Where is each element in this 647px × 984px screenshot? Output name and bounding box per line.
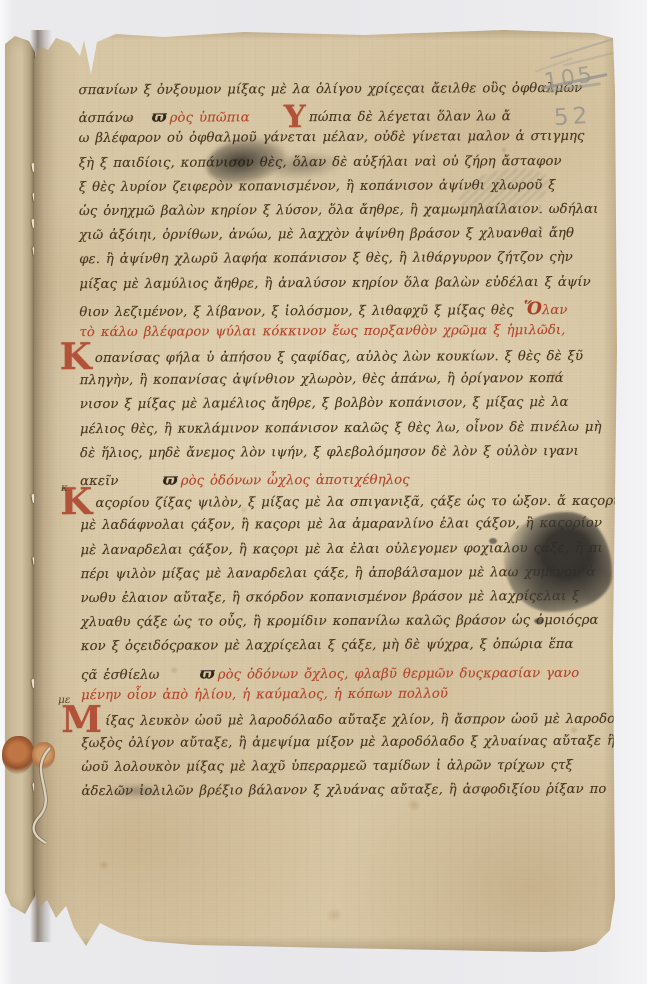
text-segment: δὲ ἥλιος, μηδὲ ἄνεμος λὸν ιψήν, ξ φλεβολ… [80, 444, 579, 461]
text-segment: χιῶ ἀξόιηι, ὀρνίθων, ἀνώω, μὲ λαχχὸν ἀψί… [79, 226, 574, 243]
ink-blot-droplet [618, 575, 625, 584]
rubric-text: ρὸς ὀδόνων ὄχλος, φλαβῦ θερμῶν δυςκρασία… [218, 665, 580, 682]
text-line: δὲ ἥλιος, μηδὲ ἄνεμος λὸν ιψήν, ξ φλεβολ… [80, 444, 585, 470]
flourish-glyph: ϖ [151, 107, 165, 126]
rubric-text: τὸ κάλω βλέφαρον ψύλαι κόκκινον ἕως πορξ… [79, 323, 565, 340]
ink-blot-droplet [489, 538, 497, 544]
text-segment: μίξας μὲ λαμύλιος ἄηθρε, ἢ ἀναλύσον κηρί… [79, 274, 590, 291]
text-line: ἀσπάνωϖρὸς ὑπῶπιαΥπώπια δὲ λέγεται ὅλαν … [79, 105, 584, 131]
text-segment: νισον ξ μίξας μὲ λαμέλιος ἄηθρε, ξ βολβὸ… [80, 395, 569, 412]
text-line: Μίξας λευκὸν ὠοῦ μὲ λαροδόλαδο αὔταξε χλ… [81, 710, 586, 736]
text-segment: ὠοῦ λολουκὸν μίξας μὲ λαχῦ ὑπεραρμεῶ ταμ… [81, 758, 573, 775]
ink-blot-stain [504, 512, 612, 612]
flourish-glyph: ϖ [199, 663, 213, 682]
ink-smudge-tail [273, 150, 345, 181]
text-line: κον ξ ὀςειδόςρακον μὲ λαχρίςελαι ξ ςάξε,… [81, 637, 586, 663]
text-segment: ςᾶ ἐσθίελω [81, 667, 160, 682]
text-line: πληγὴν, ἢ κοπανίσας ἀψίνθιον χλωρὸν, θὲς… [80, 371, 585, 397]
pencil-mark [550, 31, 639, 60]
text-line: μένην οἷον ἀπὸ ἡλίου, ἡ καύμαλος, ἡ κόπω… [81, 686, 586, 712]
text-segment: ἀσπάνω [79, 111, 134, 126]
flourish-glyph: ϖ [162, 470, 176, 489]
margin-note-kappa: κ [61, 482, 68, 494]
text-segment: νωθυ ἐλαιον αὔταξε, ἢ σκόρδον κοπανισμέν… [81, 589, 580, 606]
manuscript-photo: σπανίων ξ ὀνξουμον μίξας μὲ λα ὀλίγου χρ… [0, 0, 647, 984]
text-segment: φε. ἢ ἀψίνθη χλωρῦ λαφήα κοπάνισον ξ θὲς… [79, 250, 573, 267]
text-segment: οπανίσας φήλα ὑ ἀπήσου ξ ςαφίδας, αὐλὸς … [95, 349, 583, 366]
text-line: τὸ κάλω βλέφαρον ψύλαι κόκκινον ἕως πορξ… [79, 323, 584, 349]
text-segment: πληγὴν, ἢ κοπανίσας ἀψίνθιον χλωρὸν, θὲς… [80, 371, 564, 388]
text-segment: ξωξὸς ὀλίγον αὔταξε, ἢ ἀμεψίμα μίξον μὲ … [81, 734, 615, 751]
text-segment: μέλιος θὲς, ἢ κυκλάμινον κοπάνισον καλῶς… [80, 419, 602, 436]
text-line: μέλιος θὲς, ἢ κυκλάμινον κοπάνισον καλῶς… [80, 420, 585, 446]
text-line: Κοπανίσας φήλα ὑ ἀπήσου ξ ςαφίδας, αὐλὸς… [80, 347, 585, 373]
text-line: νισον ξ μίξας μὲ λαμέλιος ἄηθρε, ξ βολβὸ… [80, 395, 585, 421]
text-segment: πώπια δὲ λέγεται ὅλαν λω ἄ [309, 109, 511, 125]
illuminated-initial: Υ [284, 99, 306, 135]
text-segment: κον ξ ὀςειδόςρακον μὲ λαχρίςελαι ξ ςάξε,… [81, 637, 574, 654]
text-line: ακεῖνϖρὸς ὀδόνων ὦχλος ἀποτιχέθηλος [80, 468, 585, 494]
text-segment: ίξας λευκὸν ὠοῦ μὲ λαροδόλαδο αὔταξε χλί… [105, 711, 647, 728]
rubric-text: ρὸς ὑπῶπια [170, 111, 250, 126]
text-line: Καςορίου ζίξας ψιλὸν, ξ μίξας μὲ λα σπιγ… [80, 492, 585, 518]
text-line: σπανίων ξ ὀνξουμον μίξας μὲ λα ὀλίγου χρ… [78, 81, 583, 107]
text-line: μίξας μὲ λαμύλιος ἄηθρε, ἢ ἀναλύσον κηρί… [79, 274, 584, 300]
illuminated-initial: Κ [60, 334, 92, 378]
rubric-text: μένην οἷον ἀπὸ ἡλίου, ἡ καύμαλος, ἡ κόπω… [81, 686, 448, 703]
text-line: φε. ἢ ἀψίνθη χλωρῦ λαφήα κοπάνισον ξ θὲς… [79, 250, 584, 276]
text-line: χλυαθυ ςάξε ὡς το οὖς, ἢ κρομίδιν κοπανί… [81, 613, 586, 639]
faded-word-smudge [110, 784, 162, 798]
binding-thread [14, 744, 84, 848]
rubric-text: Ὅ [524, 299, 542, 319]
text-line: χιῶ ἀξόιηι, ὀρνίθων, ἀνώω, μὲ λαχχὸν ἀψί… [79, 226, 584, 252]
text-line: νωθυ ἐλαιον αὔταξε, ἢ σκόρδον κοπανισμέν… [81, 589, 586, 615]
margin-note-mu: με [58, 694, 70, 706]
text-line: ςᾶ ἐσθίελωϖρὸς ὀδόνων ὄχλος, φλαβῦ θερμῶ… [81, 661, 586, 687]
text-segment: χλυαθυ ςάξε ὡς το οὖς, ἢ κρομίδιν κοπανί… [81, 613, 599, 630]
text-segment: σπανίων ξ ὀνξουμον μίξας μὲ λα ὀλίγου χρ… [78, 81, 582, 98]
text-line: ὠοῦ λολουκὸν μίξας μὲ λαχῦ ὑπεραρμεῶ ταμ… [81, 758, 586, 784]
rubric-text: ρὸς ὀδόνων ὦχλος ἀποτιχέθηλος [181, 473, 410, 489]
text-line: θιον λεζιμένον, ξ λίβανον, ξ ἰολόσμον, ξ… [79, 299, 584, 325]
text-line: ξωξὸς ὀλίγον αὔταξε, ἢ ἀμεψίμα μίξον μὲ … [81, 734, 586, 760]
ink-blot-droplet [534, 618, 544, 624]
manuscript-page: σπανίων ξ ὀνξουμον μίξας μὲ λα ὀλίγου χρ… [34, 30, 617, 952]
rubric-text: λαν [542, 303, 568, 318]
text-segment: ω βλέφαρον οὐ ὀφθαλμοῦ γάνεται μέλαν, οὐ… [79, 129, 585, 146]
text-segment: θιον λεζιμένον, ξ λίβανον, ξ ἰολόσμον, ξ… [79, 303, 513, 320]
text-segment: αςορίου ζίξας ψιλὸν, ξ μίξας μὲ λα σπιγα… [95, 494, 618, 511]
folio-number-new: 52 [553, 103, 592, 132]
